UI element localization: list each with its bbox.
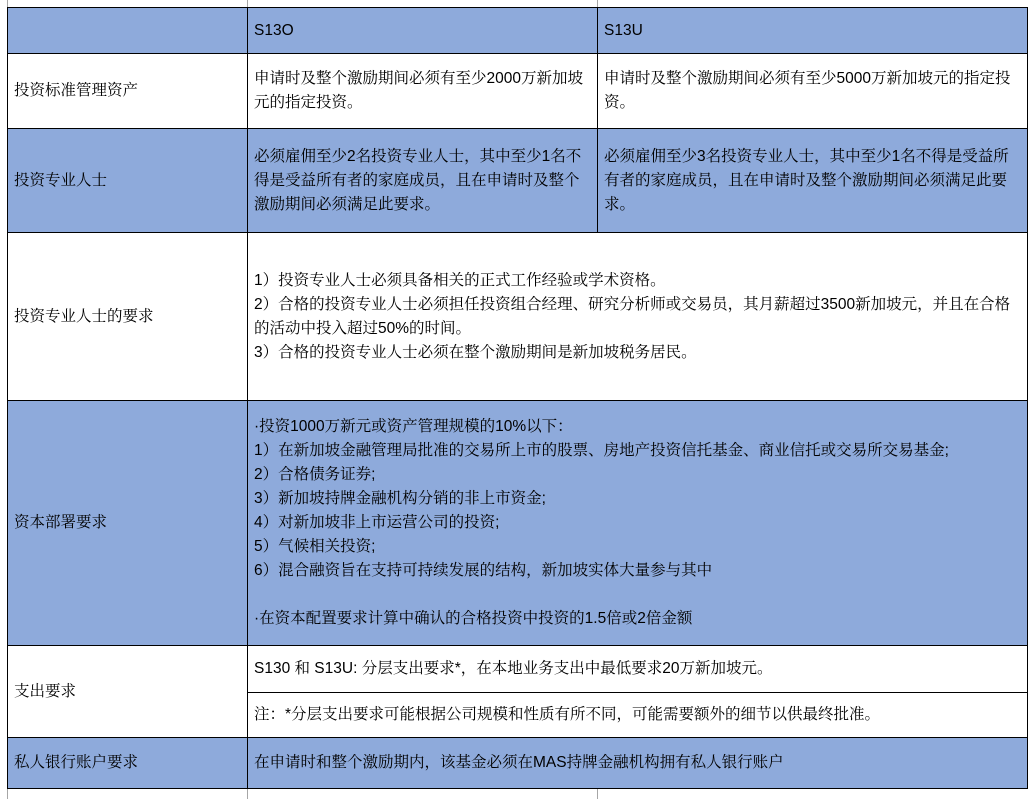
row-spending: 支出要求 S130 和 S13U: 分层支出要求*，在本地业务支出中最低要求20… [8,646,1028,693]
row-private-bank-account-label: 私人银行账户要求 [8,738,248,789]
gridline-stub [7,789,8,799]
header-s13o-cell: S13O [248,8,598,54]
header-s13u-cell: S13U [598,8,1028,54]
gridline-stub [247,789,248,799]
row-spending-primary: S130 和 S13U: 分层支出要求*，在本地业务支出中最低要求20万新加坡元… [248,646,1028,693]
document-page: S13O S13U 投资标准管理资产 申请时及整个激励期间必须有至少2000万新… [0,0,1034,799]
gridline-stub [247,0,248,7]
row-professional-requirements-label: 投资专业人士的要求 [8,233,248,401]
row-professionals-label: 投资专业人士 [8,129,248,233]
row-aum-label: 投资标准管理资产 [8,54,248,129]
comparison-table: S13O S13U 投资标准管理资产 申请时及整个激励期间必须有至少2000万新… [7,7,1028,789]
row-aum-s13o-cell: 申请时及整个激励期间必须有至少2000万新加坡元的指定投资。 [248,54,598,129]
gridline-stub [597,789,598,799]
row-professionals-s13o-cell: 必须雇佣至少2名投资专业人士，其中至少1名不得是受益所有者的家庭成员，且在申请时… [248,129,598,233]
row-professionals: 投资专业人士 必须雇佣至少2名投资专业人士，其中至少1名不得是受益所有者的家庭成… [8,129,1028,233]
header-blank-cell [8,8,248,54]
row-private-bank-account: 私人银行账户要求 在申请时和整个激励期内，该基金必须在MAS持牌金融机构拥有私人… [8,738,1028,789]
row-aum: 投资标准管理资产 申请时及整个激励期间必须有至少2000万新加坡元的指定投资。 … [8,54,1028,129]
row-professional-requirements: 投资专业人士的要求 1）投资专业人士必须具备相关的正式工作经验或学术资格。 2）… [8,233,1028,401]
row-spending-label: 支出要求 [8,646,248,738]
row-capital-deployment-label: 资本部署要求 [8,401,248,646]
row-private-bank-account-content: 在申请时和整个激励期内，该基金必须在MAS持牌金融机构拥有私人银行账户 [248,738,1028,789]
row-professional-requirements-content: 1）投资专业人士必须具备相关的正式工作经验或学术资格。 2）合格的投资专业人士必… [248,233,1028,401]
row-aum-s13u-cell: 申请时及整个激励期间必须有至少5000万新加坡元的指定投资。 [598,54,1028,129]
header-row: S13O S13U [8,8,1028,54]
row-professionals-s13u-cell: 必须雇佣至少3名投资专业人士，其中至少1名不得是受益所有者的家庭成员，且在申请时… [598,129,1028,233]
gridline-stub [7,0,8,7]
row-spending-note: 注：*分层支出要求可能根据公司规模和性质有所不同，可能需要额外的细节以供最终批准… [248,693,1028,738]
row-capital-deployment: 资本部署要求 ·投资1000万新元或资产管理规模的10%以下： 1）在新加坡金融… [8,401,1028,646]
gridline-stub [597,0,598,7]
row-capital-deployment-content: ·投资1000万新元或资产管理规模的10%以下： 1）在新加坡金融管理局批准的交… [248,401,1028,646]
